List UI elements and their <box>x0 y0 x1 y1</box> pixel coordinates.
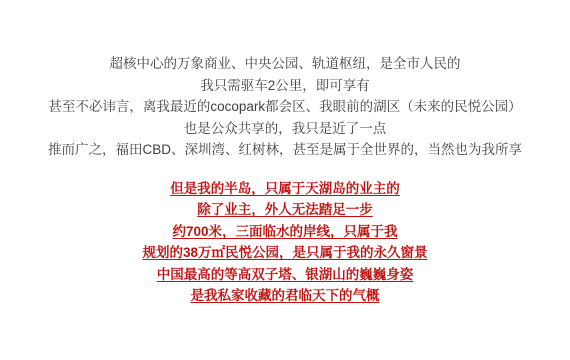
public-amenities-paragraph: 超核中心的万象商业、中央公园、轨道枢纽，是全市人民的 我只需驱车2公里，即可享有… <box>0 53 570 161</box>
highlight-text-line: 是我私家收藏的君临天下的气概 <box>0 285 570 306</box>
highlight-text-underlined: 约700米，三面临水的岸线，只属于我 <box>172 224 397 239</box>
highlight-text-underlined: 规划的38万㎡民悦公园，是只属于我的永久窗景 <box>142 245 427 260</box>
highlight-text-line: 规划的38万㎡民悦公园，是只属于我的永久窗景 <box>0 242 570 263</box>
highlight-text-underlined: 但是我的半岛，只属于天湖岛的业主的 <box>170 181 400 196</box>
highlight-text-line: 约700米，三面临水的岸线，只属于我 <box>0 221 570 242</box>
body-text-line: 推而广之，福田CBD、深圳湾、红树林，甚至是属于全世界的，当然也为我所享 <box>0 139 570 161</box>
body-text-line: 也是公众共享的，我只是近了一点 <box>0 118 570 140</box>
highlight-text-line: 中国最高的等高双子塔、银湖山的巍巍身姿 <box>0 264 570 285</box>
document-page: 超核中心的万象商业、中央公园、轨道枢纽，是全市人民的 我只需驱车2公里，即可享有… <box>0 0 570 360</box>
body-text-line: 我只需驱车2公里，即可享有 <box>0 75 570 97</box>
highlight-text-underlined: 中国最高的等高双子塔、银湖山的巍巍身姿 <box>157 267 414 282</box>
highlight-text-line: 除了业主，外人无法踏足一步 <box>0 199 570 220</box>
highlight-text-underlined: 是我私家收藏的君临天下的气概 <box>191 288 380 303</box>
highlight-text-underlined: 除了业主，外人无法踏足一步 <box>197 202 373 217</box>
exclusive-claims-paragraph: 但是我的半岛，只属于天湖岛的业主的 除了业主，外人无法踏足一步 约700米，三面… <box>0 178 570 306</box>
body-text-line: 甚至不必讳言，离我最近的cocopark都会区、我眼前的湖区（未来的民悦公园） <box>0 96 570 118</box>
highlight-text-line: 但是我的半岛，只属于天湖岛的业主的 <box>0 178 570 199</box>
body-text-line: 超核中心的万象商业、中央公园、轨道枢纽，是全市人民的 <box>0 53 570 75</box>
